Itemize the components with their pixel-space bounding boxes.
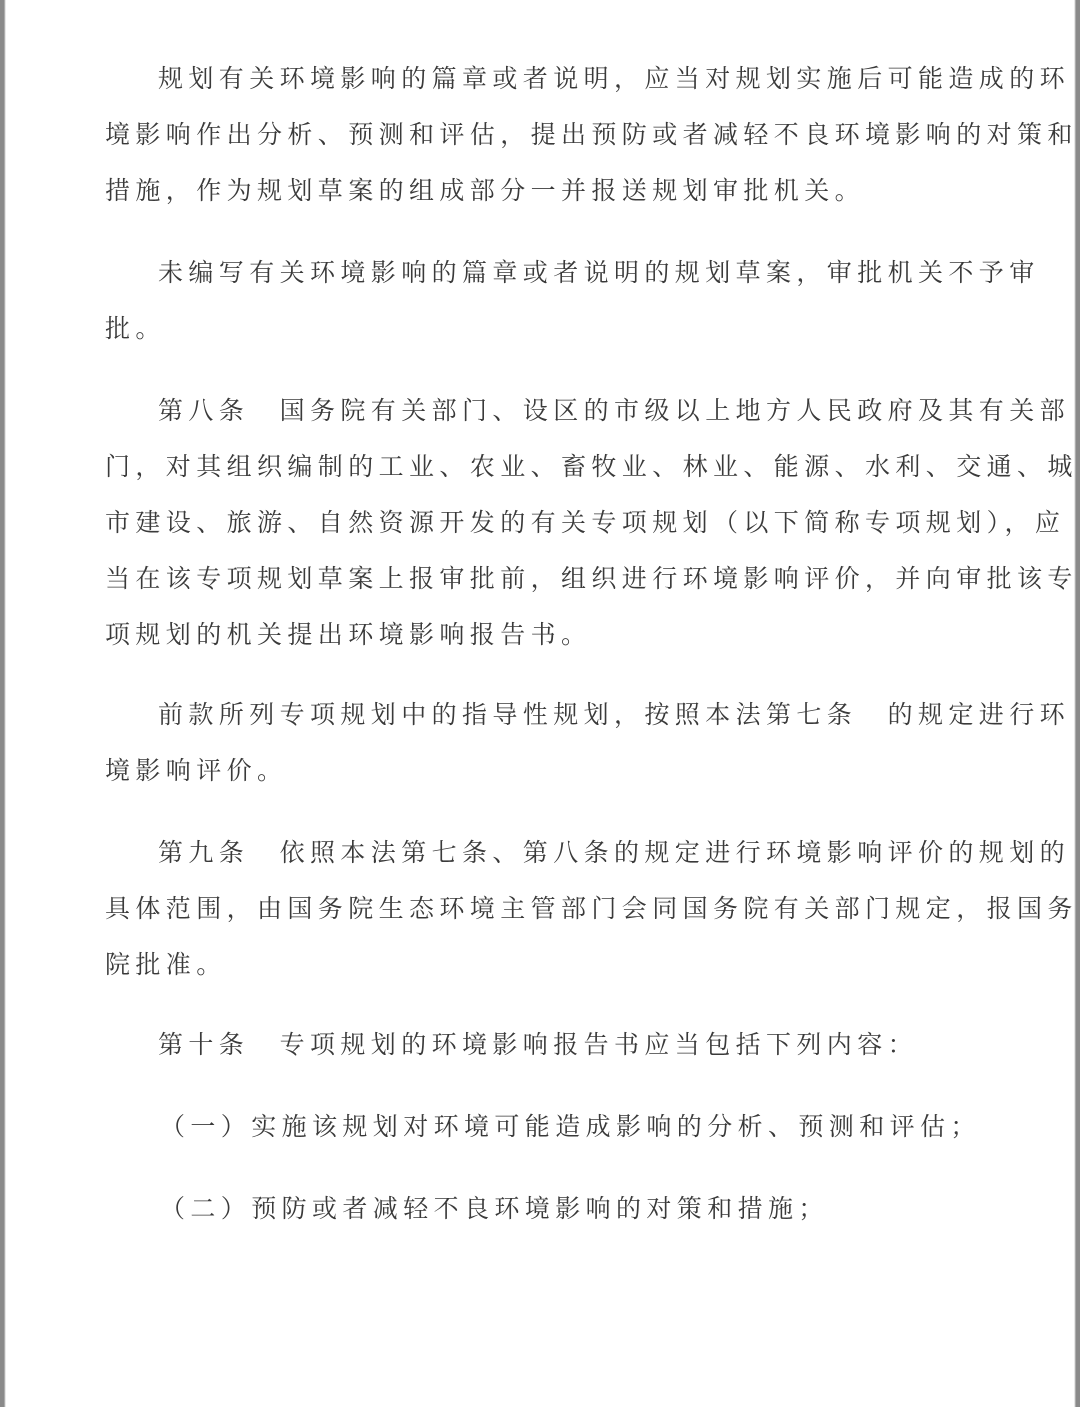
text-line: 境影响作出分析、预测和评估，提出预防或者减轻不良环境影响的对策和 (105, 120, 1078, 150)
text-line: （一）实施该规划对环境可能造成影响的分析、预测和评估； (160, 1112, 981, 1142)
text-line: 未编写有关环境影响的篇章或者说明的规划草案，审批机关不予审 (158, 258, 1040, 288)
text-line: （二）预防或者减轻不良环境影响的对策和措施； (160, 1194, 829, 1224)
text-line: 当在该专项规划草案上报审批前，组织进行环境影响评价，并向审批该专 (105, 564, 1078, 594)
text-line: 规划有关环境影响的篇章或者说明，应当对规划实施后可能造成的环 (158, 64, 1070, 94)
text-line: 措施，作为规划草案的组成部分一并报送规划审批机关。 (105, 176, 865, 206)
text-line: 批。 (105, 314, 166, 344)
text-line: 第八条 国务院有关部门、设区的市级以上地方人民政府及其有关部 (158, 396, 1070, 426)
text-line: 境影响评价。 (105, 756, 287, 786)
text-line: 第十条 专项规划的环境影响报告书应当包括下列内容： (158, 1030, 918, 1060)
text-line: 门，对其组织编制的工业、农业、畜牧业、林业、能源、水利、交通、城 (105, 452, 1078, 482)
text-line: 项规划的机关提出环境影响报告书。 (105, 620, 591, 650)
text-line: 第九条 依照本法第七条、第八条的规定进行环境影响评价的规划的 (158, 838, 1070, 868)
text-line: 院批准。 (105, 950, 227, 980)
document-page: 规划有关环境影响的篇章或者说明，应当对规划实施后可能造成的环 境影响作出分析、预… (0, 0, 1080, 1407)
text-line: 具体范围，由国务院生态环境主管部门会同国务院有关部门规定，报国务 (105, 894, 1078, 924)
text-line: 市建设、旅游、自然资源开发的有关专项规划（以下简称专项规划），应 (105, 508, 1065, 538)
text-line: 前款所列专项规划中的指导性规划，按照本法第七条 的规定进行环 (158, 700, 1070, 730)
